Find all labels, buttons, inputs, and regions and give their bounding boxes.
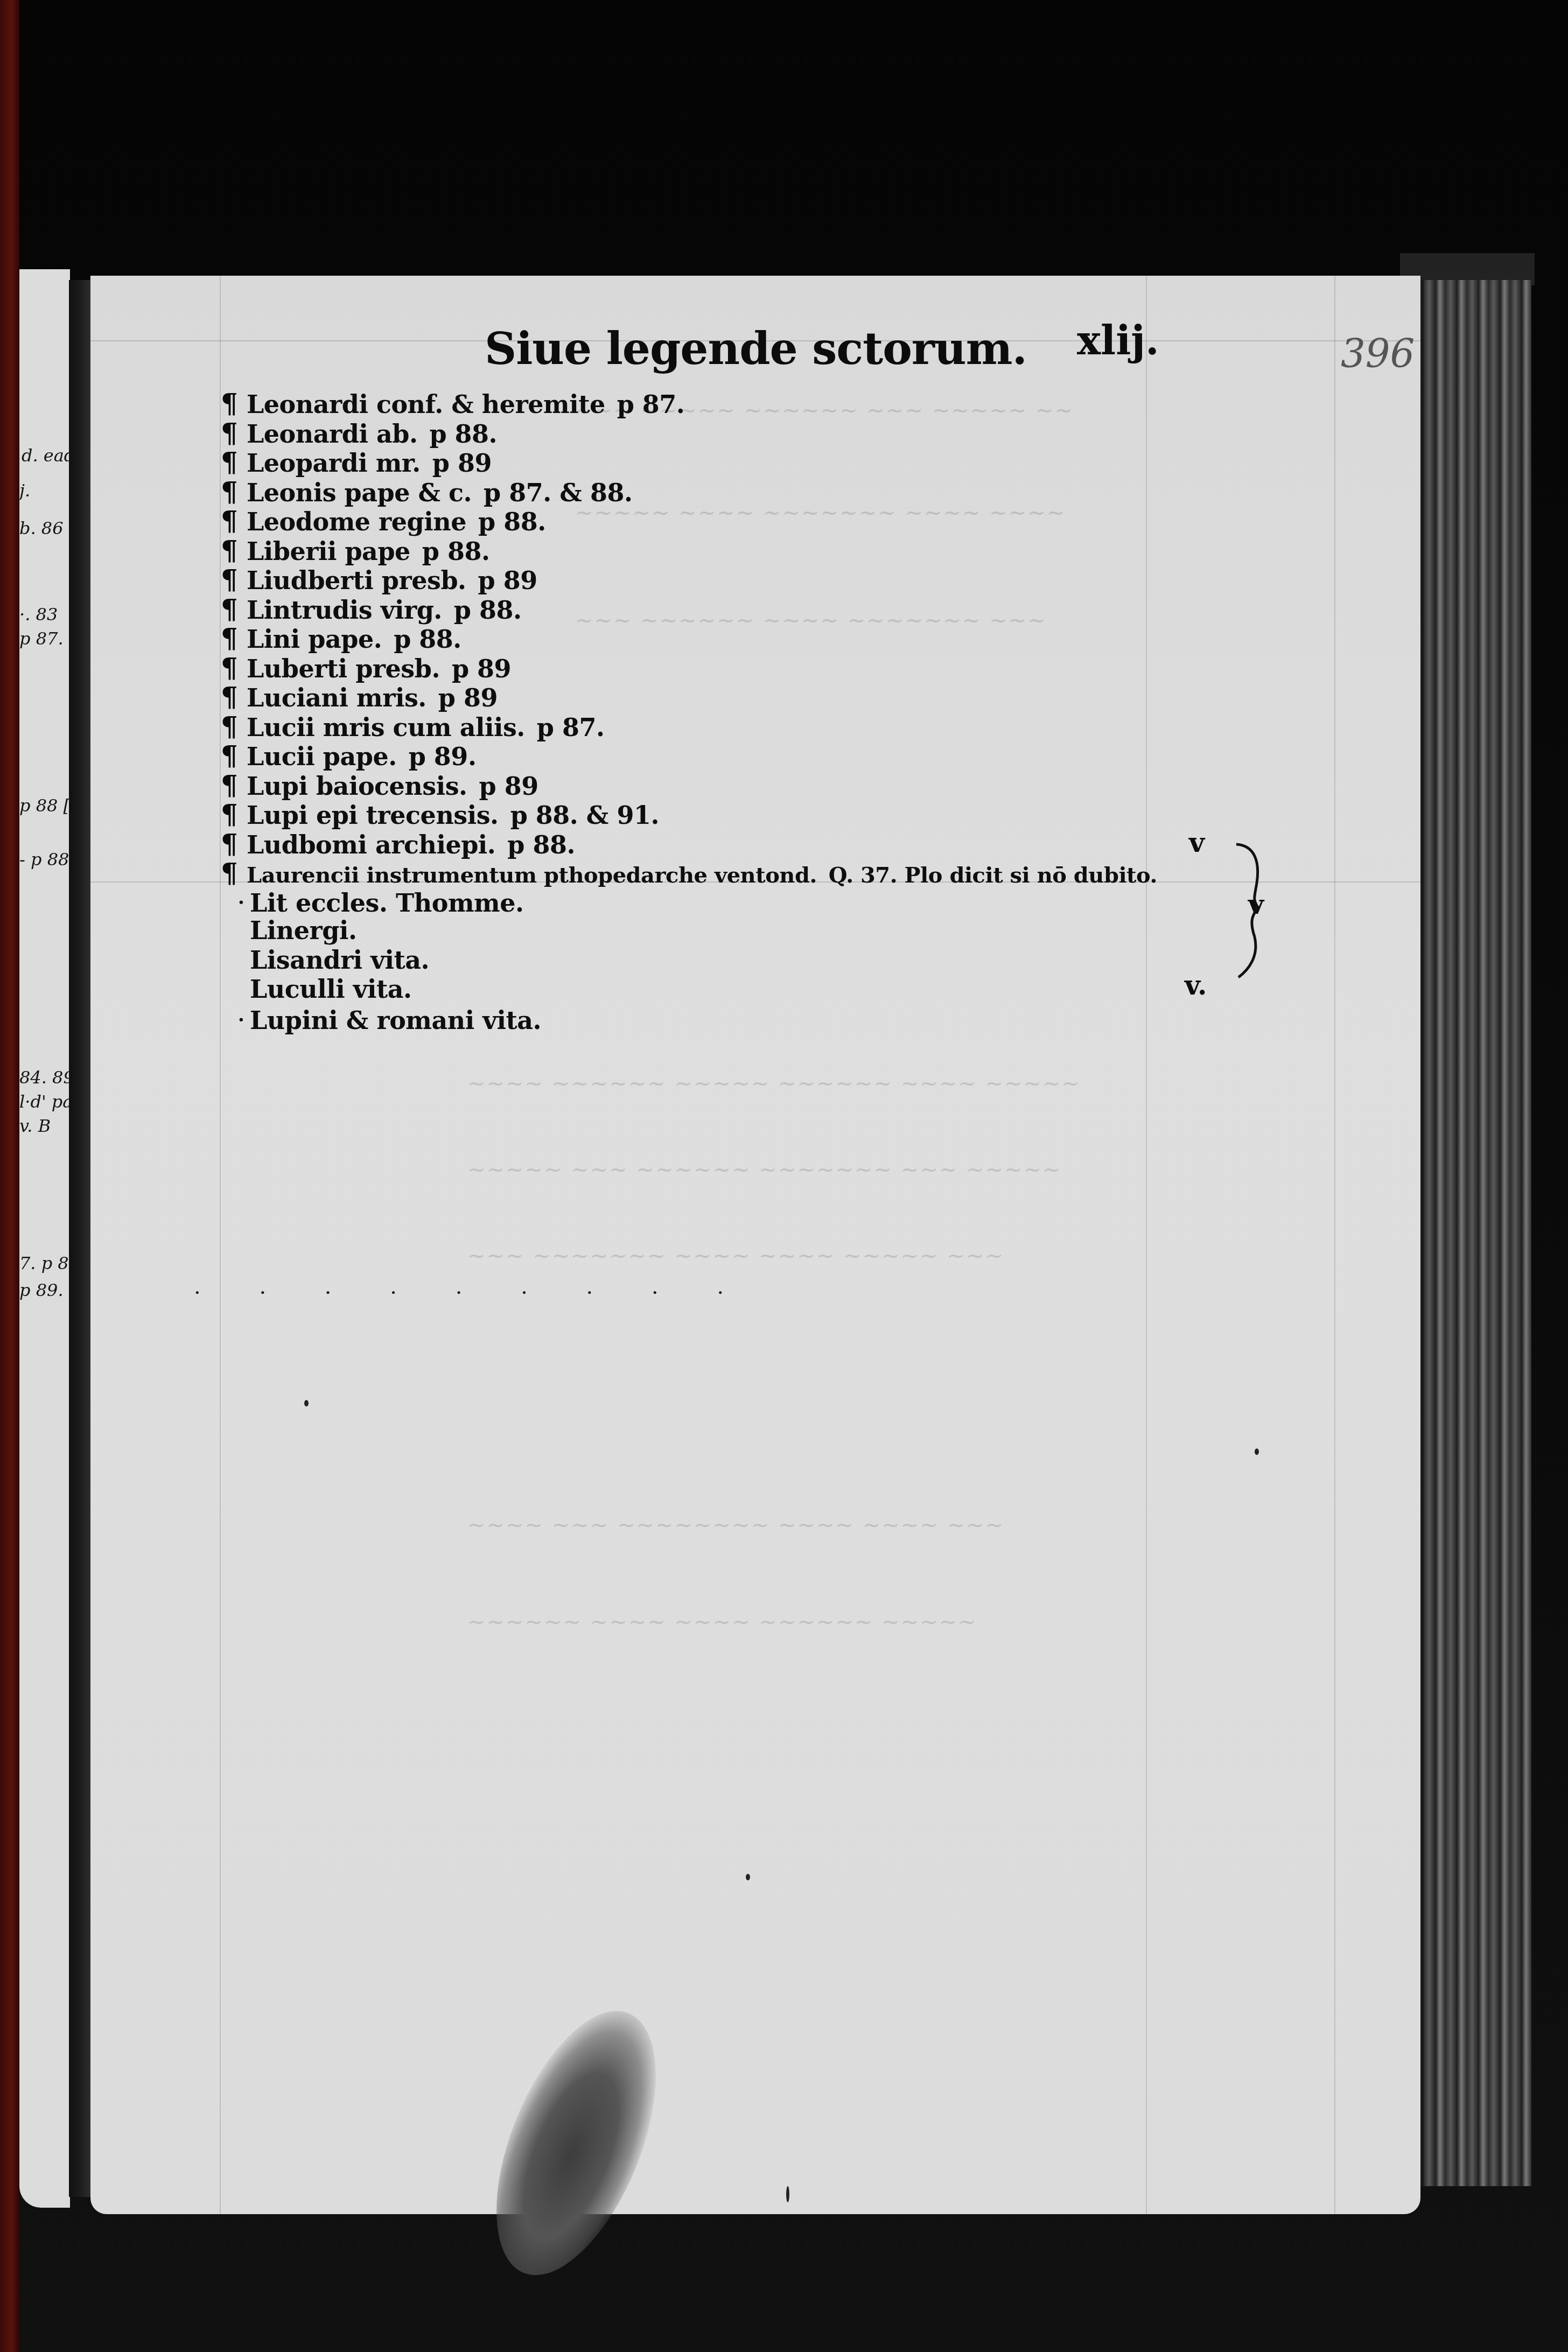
index-entry: ¶Luberti presb.p 89 <box>221 652 1157 682</box>
pilcrow-icon: ¶ <box>221 681 247 713</box>
dot-row: · · · · · · · · · <box>194 1280 750 1305</box>
pilcrow-icon: ¶ <box>221 535 247 566</box>
pilcrow-icon: ¶ <box>221 593 247 625</box>
pilcrow-icon: ¶ <box>221 476 247 508</box>
index-entry: ¶Leonis pape & c.p 87. & 88. <box>221 476 1157 506</box>
pilcrow-icon: ¶ <box>221 769 247 801</box>
facing-note: ·. 83 <box>19 606 58 623</box>
pilcrow-icon: ¶ <box>221 799 247 830</box>
index-entry: ¶Lini pape.p 88. <box>221 622 1157 652</box>
show-through-text: ~~~ ~~~~~~~ ~~~~ ~~~~ ~~~~~ ~~~ <box>467 1245 1004 1266</box>
facing-note: b. 86 <box>19 520 64 537</box>
index-entry: ¶Ludbomi archiepi.p 88. <box>221 828 1157 858</box>
folio-pencil-number: 396 <box>1341 331 1415 376</box>
index-entry: ¶Leonardi ab.p 88. <box>221 417 1157 447</box>
pilcrow-icon: ¶ <box>221 740 247 772</box>
facing-note: p 89. <box>19 1282 64 1299</box>
speck <box>746 1874 750 1880</box>
pilcrow-icon: ¶ <box>221 711 247 743</box>
dot-marker-icon: · <box>237 887 250 918</box>
index-entry: Lisandri vita. <box>221 946 1157 975</box>
index-entries: ¶Leonardi conf. & heremitep 87. ¶Leonard… <box>221 388 1157 1033</box>
facing-page-fragment <box>19 269 70 2208</box>
pilcrow-icon: ¶ <box>221 828 247 860</box>
pilcrow-icon: ¶ <box>221 505 247 537</box>
facing-note: 84. 89 <box>19 1069 74 1086</box>
facing-note: l·d' pa <box>19 1093 73 1110</box>
index-entry: ¶Lupi baiocensis.p 89 <box>221 769 1157 799</box>
index-entry: Linergi. <box>221 916 1157 946</box>
curly-brace-icon <box>1233 840 1271 980</box>
pilcrow-icon: ¶ <box>221 564 247 596</box>
speck <box>1255 1448 1259 1455</box>
book-gutter <box>69 280 90 2197</box>
index-entry: ¶Liberii papep 88. <box>221 535 1157 564</box>
ruling-line <box>1334 276 1335 2214</box>
index-entry: ·Lupini & romani vita. <box>221 1004 1157 1034</box>
pilcrow-icon: ¶ <box>221 388 247 419</box>
index-entry: ¶Lintrudis virg.p 88. <box>221 593 1157 623</box>
dot-marker-icon: · <box>237 1004 250 1035</box>
speck <box>786 2186 789 2202</box>
pilcrow-icon: ¶ <box>221 622 247 654</box>
index-entry: ¶Leonardi conf. & heremitep 87. <box>221 388 1157 417</box>
marginal-v-bottom: v. <box>1185 969 1207 1001</box>
index-entry: ¶Luciani mris.p 89 <box>221 681 1157 711</box>
index-entry: ¶Leodome reginep 88. <box>221 505 1157 535</box>
index-entry: ¶Lucii mris cum aliis.p 87. <box>221 711 1157 740</box>
show-through-text: ~~~~~~ ~~~~ ~~~~ ~~~~~~ ~~~~~ <box>467 1611 977 1633</box>
speck <box>304 1400 309 1406</box>
facing-note: j. <box>19 482 30 499</box>
index-entry: ¶Lupi epi trecensis.p 88. & 91. <box>221 799 1157 828</box>
red-binding-edge <box>0 0 19 2352</box>
page-heading: Siue legende sctorum. <box>485 323 1027 375</box>
index-entry: ·Lit eccles. Thomme. <box>221 887 1157 916</box>
show-through-text: ~~~~~ ~~~ ~~~~~~ ~~~~~~~ ~~~ ~~~~~ <box>467 1159 1062 1180</box>
pilcrow-icon: ¶ <box>221 446 247 478</box>
index-entry: ¶Leopardi mr.p 89 <box>221 446 1157 476</box>
show-through-text: ~~~~ ~~~~~~ ~~~~~ ~~~~~~ ~~~~ ~~~~~ <box>467 1073 1081 1094</box>
index-entry: Luculli vita. <box>221 975 1157 1004</box>
show-through-text: ~~~~ ~~~ ~~~~~~~~ ~~~~ ~~~~ ~~~ <box>467 1514 1004 1536</box>
pilcrow-icon: ¶ <box>221 857 247 889</box>
index-entry: ¶Laurencii instrumentum pthopedarche ven… <box>221 857 1157 887</box>
index-entry: ¶Liudberti presb.p 89 <box>221 564 1157 593</box>
pilcrow-icon: ¶ <box>221 417 247 449</box>
folio-roman-numeral: xlij. <box>1077 318 1159 364</box>
book-block-edge <box>1420 280 1531 2186</box>
facing-note: p 87. <box>19 630 64 647</box>
index-entry: ¶Lucii pape.p 89. <box>221 740 1157 769</box>
marginal-v-top: v <box>1189 827 1205 858</box>
facing-note: v. B <box>19 1117 51 1135</box>
pilcrow-icon: ¶ <box>221 652 247 684</box>
